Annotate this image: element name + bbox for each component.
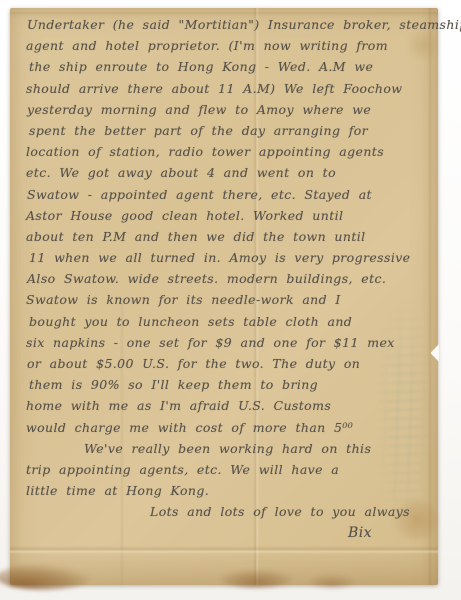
letter-line-2: agent and hotel proprietor. (I'm now wri… — [26, 35, 430, 56]
letter-line-23: little time at Hong Kong. — [26, 480, 430, 501]
letter-line-12: 11 when we all turned in. Amoy is very p… — [26, 247, 430, 268]
letter-paper: Undertaker (he said "Mortitian") Insuran… — [10, 8, 438, 585]
stain-bottom-right — [306, 574, 358, 588]
letter-line-22: trip appointing agents, etc. We will hav… — [26, 459, 430, 480]
letter-line-5: yesterday morning and flew to Amoy where… — [26, 99, 430, 120]
letter-line-6: spent the better part of the day arrangi… — [26, 120, 430, 141]
letter-line-3: the ship enroute to Hong Kong - Wed. A.M… — [26, 56, 430, 77]
signature: Bix — [26, 523, 430, 544]
letter-line-16: six napkins - one set for $9 and one for… — [26, 332, 430, 353]
letter-line-8: etc. We got away about 4 and went on to — [26, 162, 430, 183]
letter-line-4: should arrive there about 11 A.M) We lef… — [26, 78, 430, 99]
stain-bottom-center — [220, 570, 292, 588]
letter-line-20: would charge me with cost of more than 5… — [26, 417, 430, 438]
letter-line-17: or about $5.00 U.S. for the two. The dut… — [26, 353, 430, 374]
letter-line-10: Astor House good clean hotel. Worked unt… — [26, 205, 430, 226]
letter-line-9: Swatow - appointed agent there, etc. Sta… — [26, 184, 430, 205]
letter-line-21: We've really been working hard on this — [26, 438, 430, 459]
stain-bottom-left — [0, 564, 92, 590]
horizontal-fold-crease — [10, 546, 438, 554]
letter-closing: Lots and lots of love to you always — [26, 501, 430, 522]
photo-background: Undertaker (he said "Mortitian") Insuran… — [0, 0, 461, 600]
letter-line-7: location of station, radio tower appoint… — [26, 141, 430, 162]
letter-line-19: home with me as I'm afraid U.S. Customs — [26, 395, 430, 416]
letter-line-14: Swatow is known for its needle-work and … — [26, 289, 430, 310]
letter-line-15: bought you to luncheon sets table cloth … — [26, 311, 430, 332]
letter-line-13: Also Swatow. wide streets. modern buildi… — [26, 268, 430, 289]
letter-line-18: them is 90% so I'll keep them to bring — [26, 374, 430, 395]
letter-line-11: about ten P.M and then we did the town u… — [26, 226, 430, 247]
letter-line-1: Undertaker (he said "Mortitian") Insuran… — [26, 14, 430, 35]
handwritten-letter-text: Undertaker (he said "Mortitian") Insuran… — [26, 14, 430, 544]
